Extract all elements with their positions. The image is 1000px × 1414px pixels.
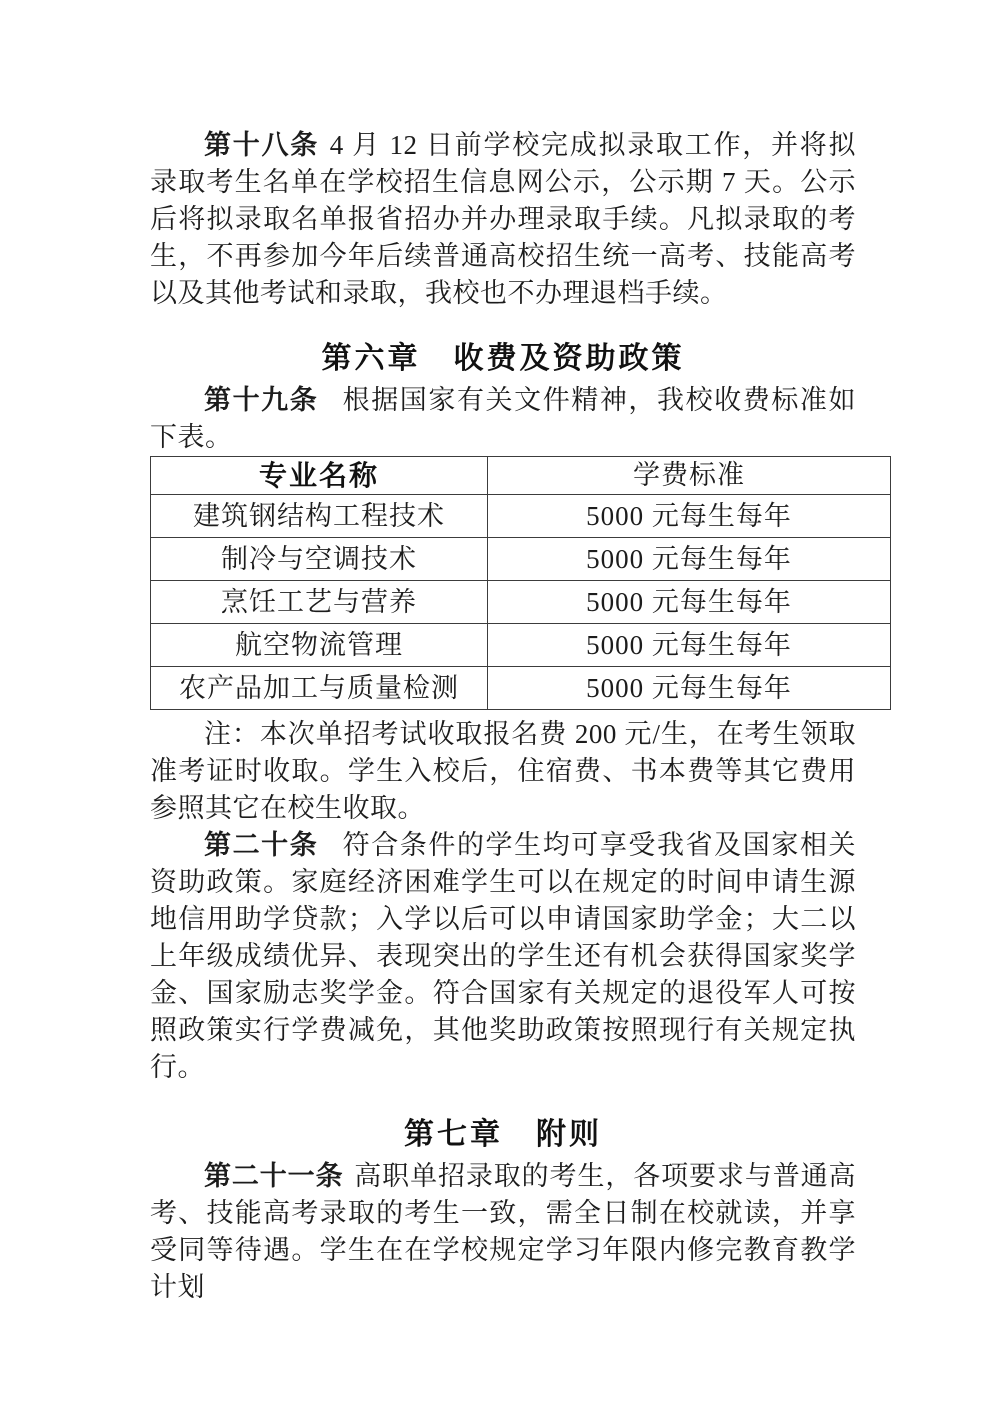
table-header-row: 专业名称 学费标准 [151, 457, 891, 495]
article-20-text: 符合条件的学生均可享受我省及国家相关资助政策。家庭经济困难学生可以在规定的时间申… [150, 830, 856, 1082]
tuition-cell: 5000 元每生每年 [488, 495, 891, 538]
tuition-cell: 5000 元每生每年 [488, 624, 891, 667]
table-row: 航空物流管理 5000 元每生每年 [151, 624, 891, 667]
major-cell: 烹饪工艺与营养 [151, 581, 488, 624]
table-row: 烹饪工艺与营养 5000 元每生每年 [151, 581, 891, 624]
chapter-7-heading: 第七章 附则 [150, 1118, 856, 1152]
table-row: 农产品加工与质量检测 5000 元每生每年 [151, 667, 891, 710]
major-cell: 建筑钢结构工程技术 [151, 495, 488, 538]
tuition-cell: 5000 元每生每年 [488, 667, 891, 710]
table-header-major: 专业名称 [151, 457, 488, 495]
table-row: 建筑钢结构工程技术 5000 元每生每年 [151, 495, 891, 538]
tuition-cell: 5000 元每生每年 [488, 538, 891, 581]
article-18-term: 第十八条 [204, 130, 319, 160]
document-page: 第十八条4 月 12 日前学校完成拟录取工作，并将拟录取考生名单在学校招生信息网… [0, 0, 1000, 1414]
major-cell: 制冷与空调技术 [151, 538, 488, 581]
tuition-cell: 5000 元每生每年 [488, 581, 891, 624]
major-cell: 农产品加工与质量检测 [151, 667, 488, 710]
paragraph-article-20: 第二十条符合条件的学生均可享受我省及国家相关资助政策。家庭经济困难学生可以在规定… [150, 827, 856, 1086]
paragraph-article-18: 第十八条4 月 12 日前学校完成拟录取工作，并将拟录取考生名单在学校招生信息网… [150, 127, 856, 312]
article-21-term: 第二十一条 [204, 1161, 343, 1191]
chapter-6-heading: 第六章 收费及资助政策 [150, 342, 856, 376]
note-paragraph: 注：本次单招考试收取报名费 200 元/生，在考生领取准考证时收取。学生入校后，… [150, 716, 856, 827]
tuition-table: 专业名称 学费标准 建筑钢结构工程技术 5000 元每生每年 制冷与空调技术 5… [150, 456, 891, 710]
major-cell: 航空物流管理 [151, 624, 488, 667]
paragraph-article-21: 第二十一条高职单招录取的考生，各项要求与普通高考、技能高考录取的考生一致，需全日… [150, 1158, 856, 1306]
paragraph-article-19: 第十九条根据国家有关文件精神，我校收费标准如下表。 [150, 382, 856, 456]
table-header-tuition: 学费标准 [488, 457, 891, 495]
article-19-term: 第十九条 [204, 385, 318, 415]
article-20-term: 第二十条 [204, 830, 318, 860]
table-row: 制冷与空调技术 5000 元每生每年 [151, 538, 891, 581]
